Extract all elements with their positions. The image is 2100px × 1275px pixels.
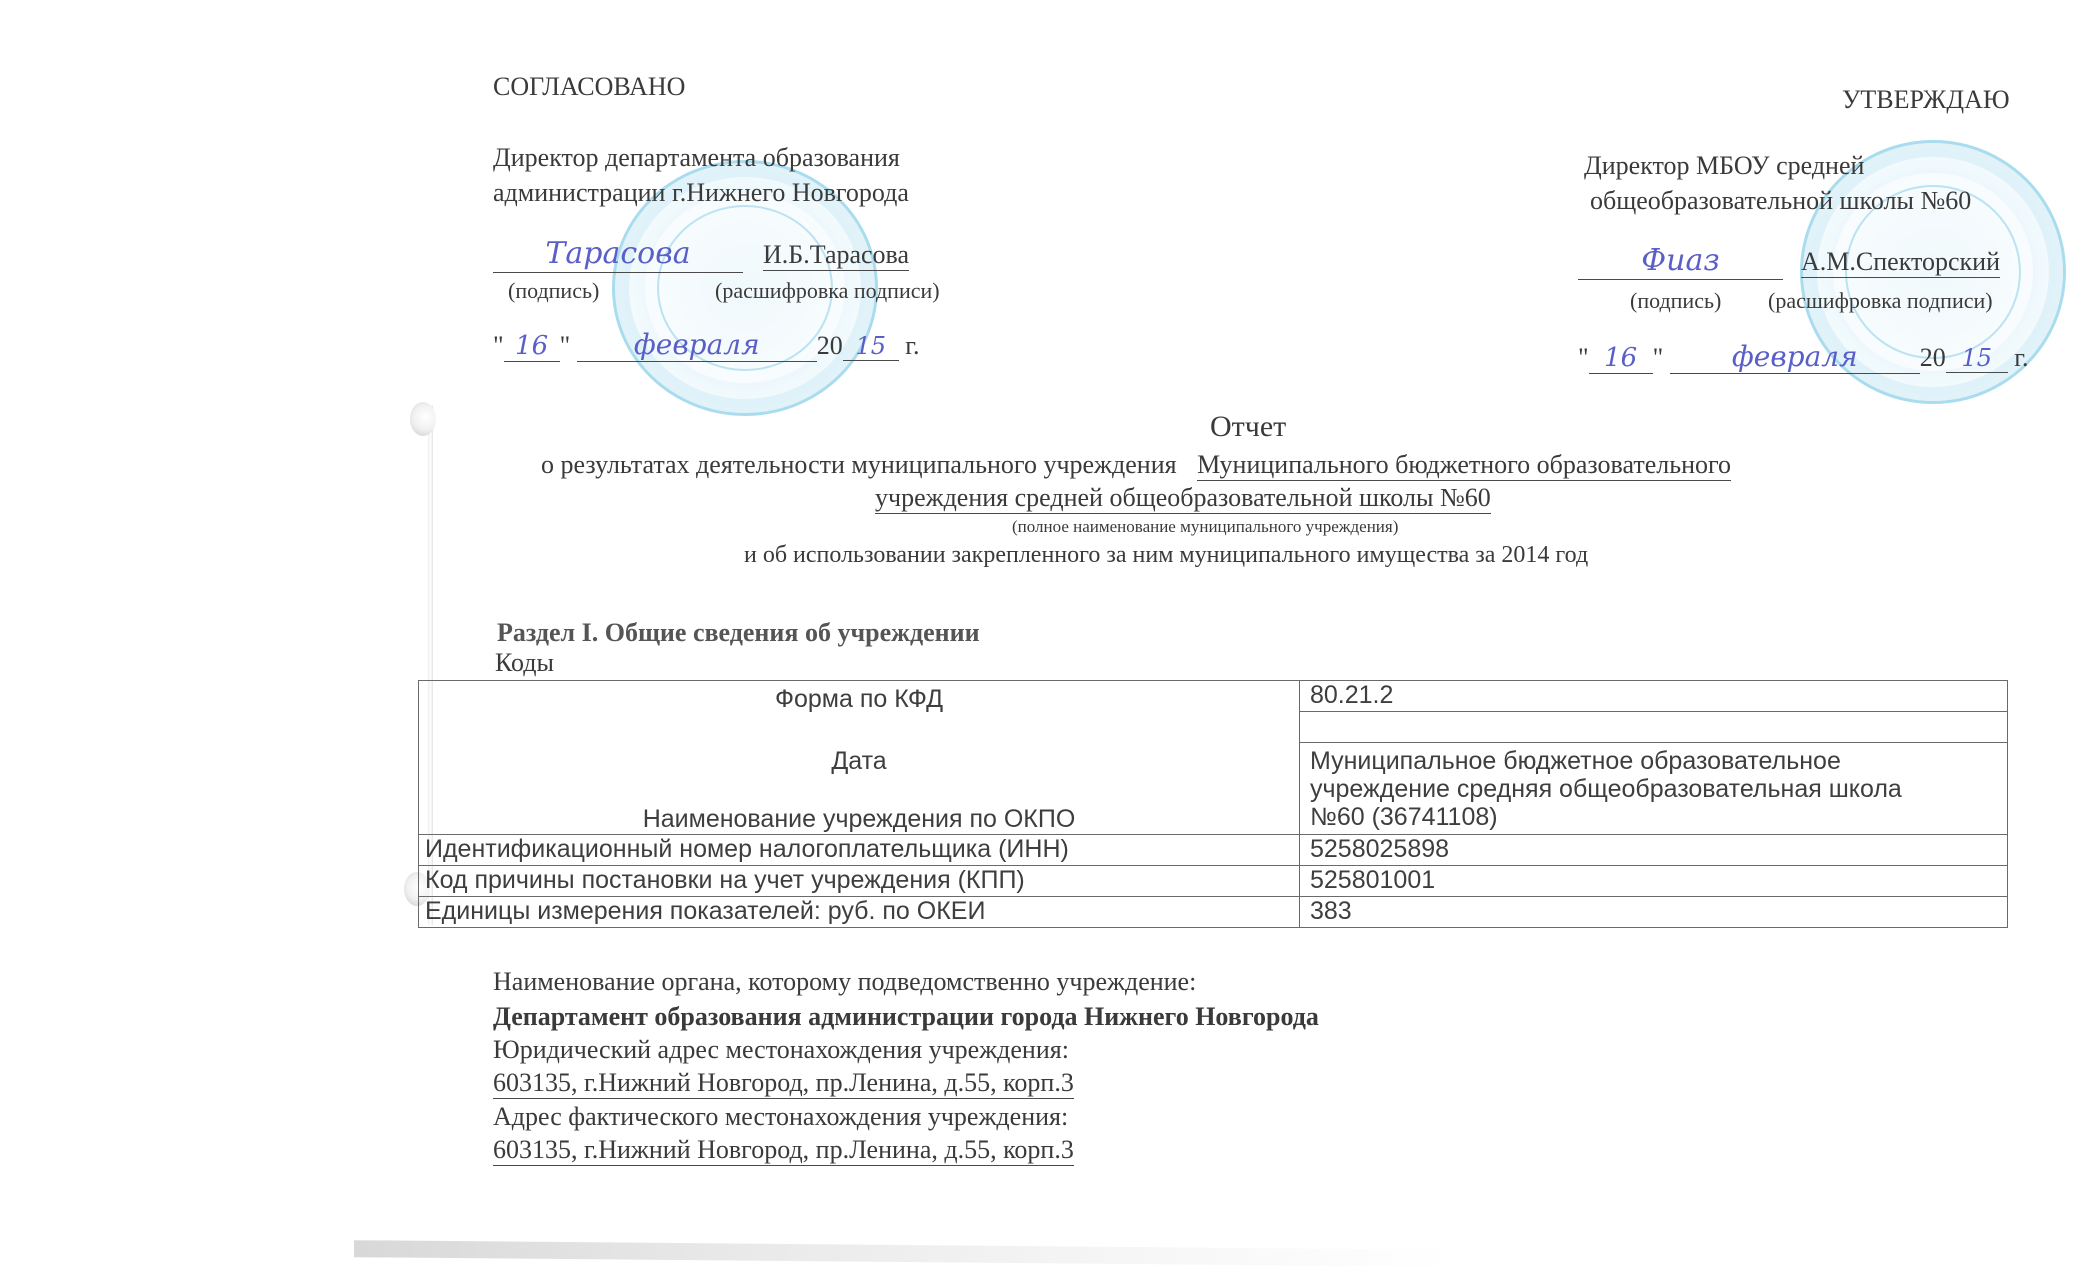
- handwritten-signature: Тарасова: [493, 236, 743, 273]
- caption-signature: (подпись): [508, 278, 599, 304]
- approval-left-heading: СОГЛАСОВАНО: [493, 72, 685, 102]
- label-okei: Единицы измерения показателей: руб. по О…: [419, 897, 1300, 928]
- table-row-okei: Единицы измерения показателей: руб. по О…: [419, 897, 2008, 928]
- institution-name-part-2: учреждения средней общеобразовательной ш…: [875, 483, 1491, 514]
- date-year-suffix: 15: [843, 332, 899, 361]
- institution-name-part-1: Муниципального бюджетного образовательно…: [1197, 450, 1731, 481]
- label-form: Форма по КФД: [419, 685, 1299, 713]
- label-okpo: Наименование учреждения по ОКПО: [419, 805, 1299, 833]
- approval-left-date: "16" февраля2015 г.: [493, 328, 919, 362]
- value-okpo-line-1: Муниципальное бюджетное образовательное: [1310, 747, 1997, 775]
- report-line-1: о результатах деятельности муниципальног…: [541, 450, 1731, 481]
- legal-address-label: Юридический адрес местонахождения учрежд…: [493, 1035, 1069, 1065]
- approval-left-position-2: администрации г.Нижнего Новгорода: [493, 178, 909, 208]
- value-kpp: 525801001: [1300, 866, 2008, 897]
- binder-hole-top: [410, 402, 436, 436]
- caption-decoding: (расшифровка подписи): [1768, 288, 1993, 314]
- approval-right-signature-line: Фиаз А.М.Спекторский: [1578, 243, 2000, 280]
- institution-name-caption: (полное наименование муниципального учре…: [1012, 517, 1398, 537]
- codes-label: Коды: [495, 648, 554, 678]
- signer-name: И.Б.Тарасова: [763, 240, 909, 271]
- approval-right-position-2: общеобразовательной школы №60: [1590, 186, 1971, 216]
- report-line-3: и об использовании закрепленного за ним …: [744, 542, 1588, 569]
- scan-edge-shadow: [354, 1240, 1454, 1267]
- approval-right-position-1: Директор МБОУ средней: [1584, 151, 1864, 181]
- table-row-inn: Идентификационный номер налогоплательщик…: [419, 835, 2008, 866]
- date-month: февраля: [1670, 340, 1920, 374]
- quote-open: ": [493, 331, 504, 360]
- report-line-1-prefix: о результатах деятельности муниципальног…: [541, 450, 1177, 479]
- section-heading: Раздел I. Общие сведения об учреждении: [497, 618, 980, 648]
- actual-address-value: 603135, г.Нижний Новгород, пр.Ленина, д.…: [493, 1135, 1074, 1166]
- actual-address-label: Адрес фактического местонахождения учреж…: [493, 1102, 1068, 1132]
- signer-name: А.М.Спекторский: [1801, 247, 2000, 278]
- report-title: Отчет: [1210, 410, 1286, 444]
- authority-label: Наименование органа, которому подведомст…: [493, 967, 1196, 997]
- quote-close: ": [560, 331, 571, 360]
- date-suffix: г.: [905, 331, 919, 360]
- date-year-prefix: 20: [817, 331, 843, 360]
- header-labels-cell: Форма по КФД Дата Наименование учреждени…: [419, 681, 1300, 835]
- label-date: Дата: [419, 747, 1299, 775]
- caption-signature: (подпись): [1630, 288, 1721, 314]
- value-form: 80.21.2: [1300, 681, 2008, 712]
- value-date: [1300, 712, 2008, 743]
- table-row-kpp: Код причины постановки на учет учреждени…: [419, 866, 2008, 897]
- value-okpo: Муниципальное бюджетное образовательное …: [1300, 743, 2008, 835]
- legal-address-value: 603135, г.Нижний Новгород, пр.Ленина, д.…: [493, 1068, 1074, 1099]
- authority-value: Департамент образования администрации го…: [493, 1002, 1319, 1032]
- approval-left-position-1: Директор департамента образования: [493, 143, 900, 173]
- value-okpo-line-3: №60 (36741108): [1310, 803, 1997, 831]
- value-okpo-line-2: учреждение средняя общеобразовательная ш…: [1310, 775, 1997, 803]
- date-month: февраля: [577, 328, 817, 362]
- date-year-prefix: 20: [1920, 343, 1946, 372]
- date-suffix: г.: [2014, 343, 2028, 372]
- label-kpp: Код причины постановки на учет учреждени…: [419, 866, 1300, 897]
- approval-right-heading: УТВЕРЖДАЮ: [1842, 85, 2010, 115]
- quote-open: ": [1578, 343, 1589, 372]
- value-okei: 383: [1300, 897, 2008, 928]
- codes-table: Форма по КФД Дата Наименование учреждени…: [418, 680, 2008, 928]
- caption-decoding: (расшифровка подписи): [715, 278, 940, 304]
- handwritten-signature: Фиаз: [1578, 243, 1783, 280]
- approval-left-signature-line: Тарасова И.Б.Тарасова: [493, 236, 909, 273]
- approval-right-date: "16" февраля2015 г.: [1578, 340, 2028, 374]
- quote-close: ": [1653, 343, 1664, 372]
- date-day: 16: [1589, 343, 1653, 374]
- table-row: Форма по КФД Дата Наименование учреждени…: [419, 681, 2008, 712]
- date-year-suffix: 15: [1946, 344, 2008, 373]
- date-day: 16: [504, 331, 560, 362]
- label-inn: Идентификационный номер налогоплательщик…: [419, 835, 1300, 866]
- value-inn: 5258025898: [1300, 835, 2008, 866]
